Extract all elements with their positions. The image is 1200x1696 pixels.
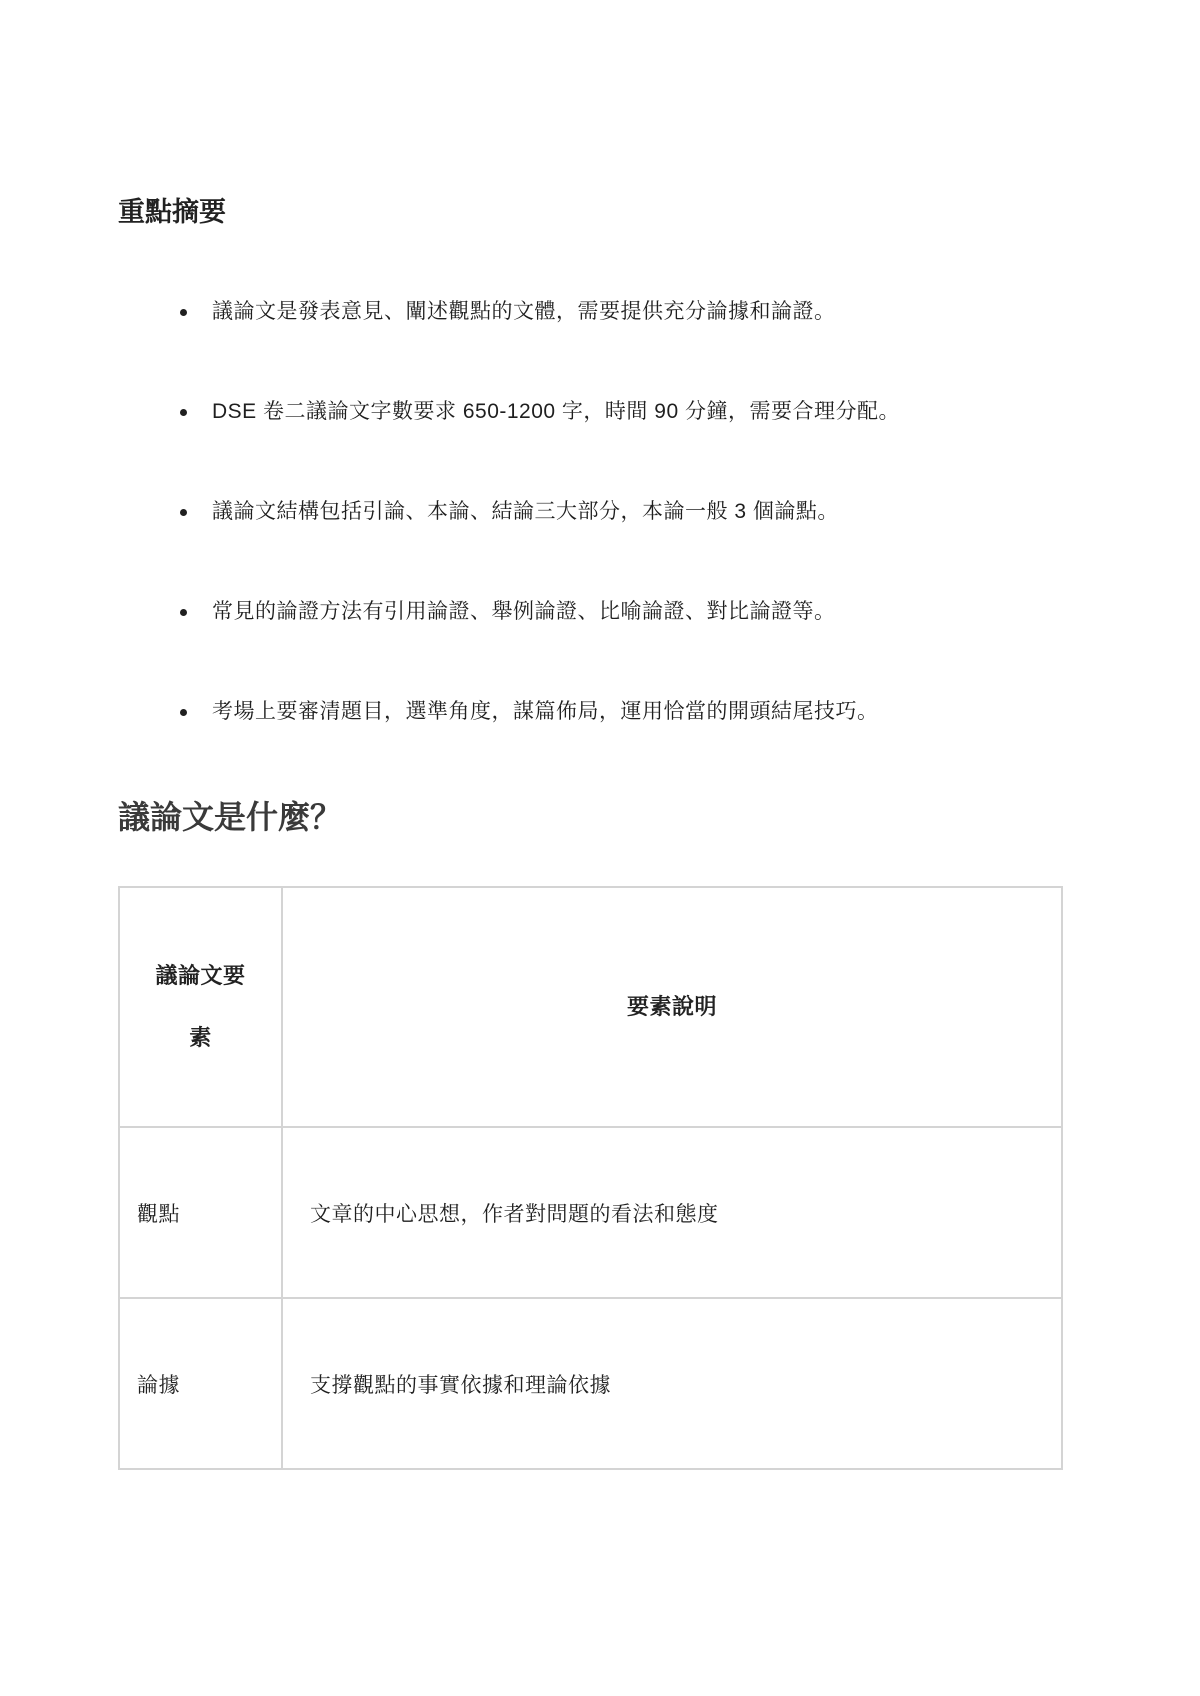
bullet-item: DSE 卷二議論文字數要求 650-1200 字，時間 90 分鐘，需要合理分配… xyxy=(118,398,1082,426)
bullet-marker-icon xyxy=(180,509,187,516)
bullet-marker-icon xyxy=(180,309,187,316)
document-page: 重點摘要 議論文是發表意見、闡述觀點的文體，需要提供充分論據和論證。 DSE 卷… xyxy=(0,0,1200,1696)
bullet-text: DSE 卷二議論文字數要求 650-1200 字，時間 90 分鐘，需要合理分配… xyxy=(212,400,900,423)
summary-heading: 重點摘要 xyxy=(118,196,1082,228)
bullet-text: 議論文是發表意見、闡述觀點的文體，需要提供充分論據和論證。 xyxy=(212,300,836,323)
table-row: 觀點 文章的中心思想，作者對問題的看法和態度 xyxy=(119,1127,1062,1298)
description-cell: 文章的中心思想，作者對問題的看法和態度 xyxy=(282,1127,1062,1298)
bullet-item: 議論文是發表意見、闡述觀點的文體，需要提供充分論據和論證。 xyxy=(118,298,1082,326)
bullet-text: 常見的論證方法有引用論證、舉例論證、比喻論證、對比論證等。 xyxy=(212,600,836,623)
essay-elements-table: 議論文要素 要素說明 觀點 文章的中心思想，作者對問題的看法和態度 論據 支撐觀… xyxy=(118,886,1063,1470)
bullet-item: 考場上要審清題目，選準角度，謀篇佈局，運用恰當的開頭結尾技巧。 xyxy=(118,698,1082,726)
table-header-element: 議論文要素 xyxy=(119,887,282,1127)
table-header-description: 要素說明 xyxy=(282,887,1062,1127)
section-heading: 議論文是什麼？ xyxy=(118,798,1082,836)
table-header-row: 議論文要素 要素說明 xyxy=(119,887,1062,1127)
bullet-marker-icon xyxy=(180,609,187,616)
table-row: 論據 支撐觀點的事實依據和理論依據 xyxy=(119,1298,1062,1469)
bullet-item: 常見的論證方法有引用論證、舉例論證、比喻論證、對比論證等。 xyxy=(118,598,1082,626)
bullet-text: 考場上要審清題目，選準角度，謀篇佈局，運用恰當的開頭結尾技巧。 xyxy=(212,700,879,723)
bullet-text: 議論文結構包括引論、本論、結論三大部分，本論一般 3 個論點。 xyxy=(212,500,839,523)
bullet-marker-icon xyxy=(180,709,187,716)
bullet-item: 議論文結構包括引論、本論、結論三大部分，本論一般 3 個論點。 xyxy=(118,498,1082,526)
element-cell: 論據 xyxy=(119,1298,282,1469)
element-cell: 觀點 xyxy=(119,1127,282,1298)
summary-bullet-list: 議論文是發表意見、闡述觀點的文體，需要提供充分論據和論證。 DSE 卷二議論文字… xyxy=(118,298,1082,726)
bullet-marker-icon xyxy=(180,409,187,416)
description-cell: 支撐觀點的事實依據和理論依據 xyxy=(282,1298,1062,1469)
